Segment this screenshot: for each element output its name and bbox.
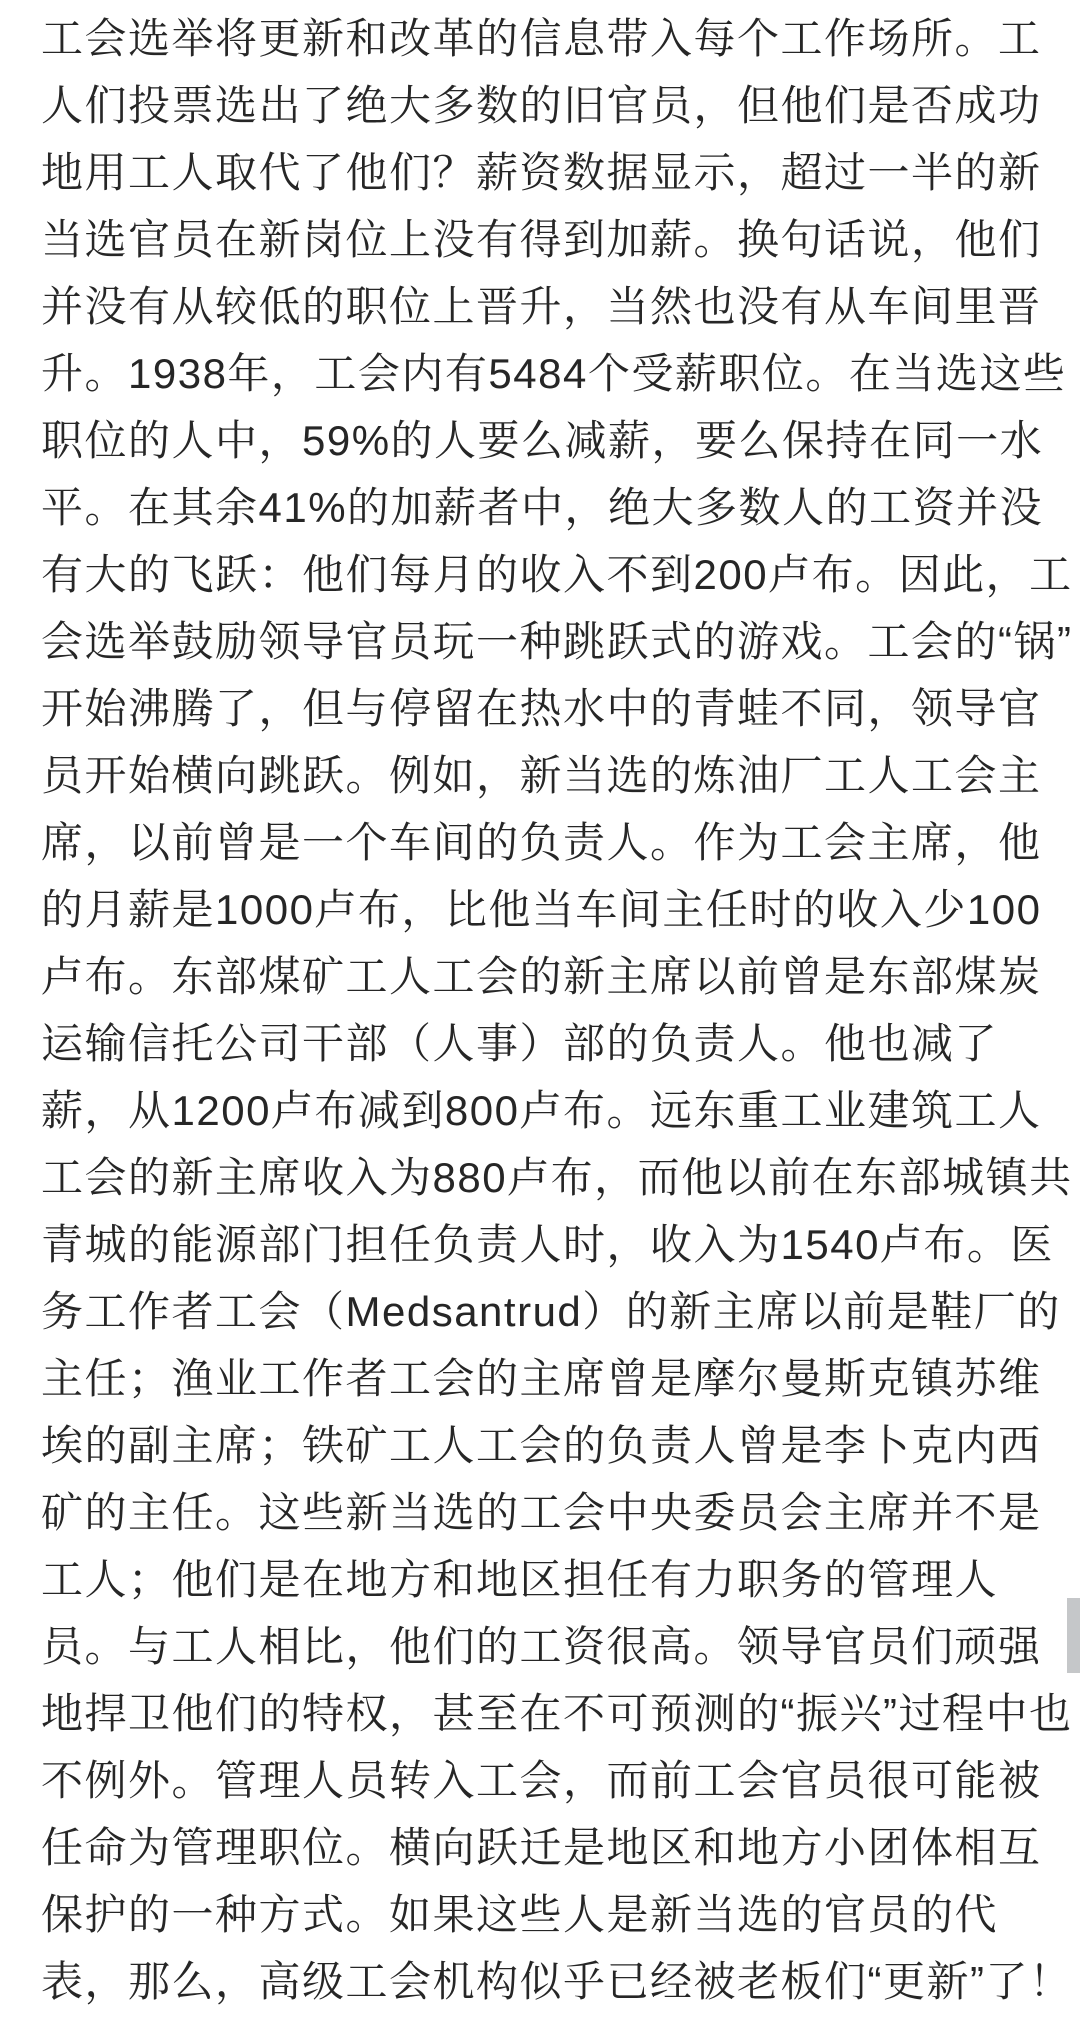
text-line: 任命为管理职位。横向跃迁是地区和地方小团体相互 [41, 1814, 1053, 1881]
text-line: 埃的副主席；铁矿工人工会的负责人曾是李卜克内西 [41, 1412, 1053, 1479]
text-line: 平。在其余41%的加薪者中，绝大多数人的工资并没 [41, 474, 1053, 541]
article-text: 工会选举将更新和改革的信息带入每个工作场所。工人们投票选出了绝大多数的旧官员，但… [41, 5, 1053, 2015]
text-line: 薪，从1200卢布减到800卢布。远东重工业建筑工人 [41, 1077, 1053, 1144]
text-line: 升。1938年，工会内有5484个受薪职位。在当选这些 [41, 340, 1053, 407]
scrollbar-thumb[interactable] [1067, 1598, 1080, 1673]
text-line: 席，以前曾是一个车间的负责人。作为工会主席，他 [41, 809, 1053, 876]
text-line: 青城的能源部门担任负责人时，收入为1540卢布。医 [41, 1211, 1053, 1278]
text-line: 矿的主任。这些新当选的工会中央委员会主席并不是 [41, 1479, 1053, 1546]
text-line: 地捍卫他们的特权，甚至在不可预测的“振兴”过程中也 [41, 1680, 1053, 1747]
text-line: 务工作者工会（Medsantrud）的新主席以前是鞋厂的 [41, 1278, 1053, 1345]
text-line: 人们投票选出了绝大多数的旧官员，但他们是否成功 [41, 72, 1053, 139]
text-line: 当选官员在新岗位上没有得到加薪。换句话说，他们 [41, 206, 1053, 273]
text-line: 主任；渔业工作者工会的主席曾是摩尔曼斯克镇苏维 [41, 1345, 1053, 1412]
reader-page: 工会选举将更新和改革的信息带入每个工作场所。工人们投票选出了绝大多数的旧官员，但… [0, 0, 1080, 2022]
text-line: 不例外。管理人员转入工会，而前工会官员很可能被 [41, 1747, 1053, 1814]
text-line: 工会的新主席收入为880卢布，而他以前在东部城镇共 [41, 1144, 1053, 1211]
text-line: 职位的人中，59%的人要么减薪，要么保持在同一水 [41, 407, 1053, 474]
text-line: 并没有从较低的职位上晋升，当然也没有从车间里晋 [41, 273, 1053, 340]
text-line: 工会选举将更新和改革的信息带入每个工作场所。工 [41, 5, 1053, 72]
text-line: 开始沸腾了，但与停留在热水中的青蛙不同，领导官 [41, 675, 1053, 742]
text-line: 的月薪是1000卢布，比他当车间主任时的收入少100 [41, 876, 1053, 943]
text-line: 会选举鼓励领导官员玩一种跳跃式的游戏。工会的“锅” [41, 608, 1053, 675]
text-line: 工人；他们是在地方和地区担任有力职务的管理人 [41, 1546, 1053, 1613]
text-line: 运输信托公司干部（人事）部的负责人。他也减了 [41, 1010, 1053, 1077]
text-line: 地用工人取代了他们？薪资数据显示，超过一半的新 [41, 139, 1053, 206]
text-line: 员开始横向跳跃。例如，新当选的炼油厂工人工会主 [41, 742, 1053, 809]
text-line: 表，那么，高级工会机构似乎已经被老板们“更新”了！ [41, 1948, 1053, 2015]
text-line: 有大的飞跃：他们每月的收入不到200卢布。因此，工 [41, 541, 1053, 608]
text-line: 卢布。东部煤矿工人工会的新主席以前曾是东部煤炭 [41, 943, 1053, 1010]
text-line: 员。与工人相比，他们的工资很高。领导官员们顽强 [41, 1613, 1053, 1680]
text-line: 保护的一种方式。如果这些人是新当选的官员的代 [41, 1881, 1053, 1948]
